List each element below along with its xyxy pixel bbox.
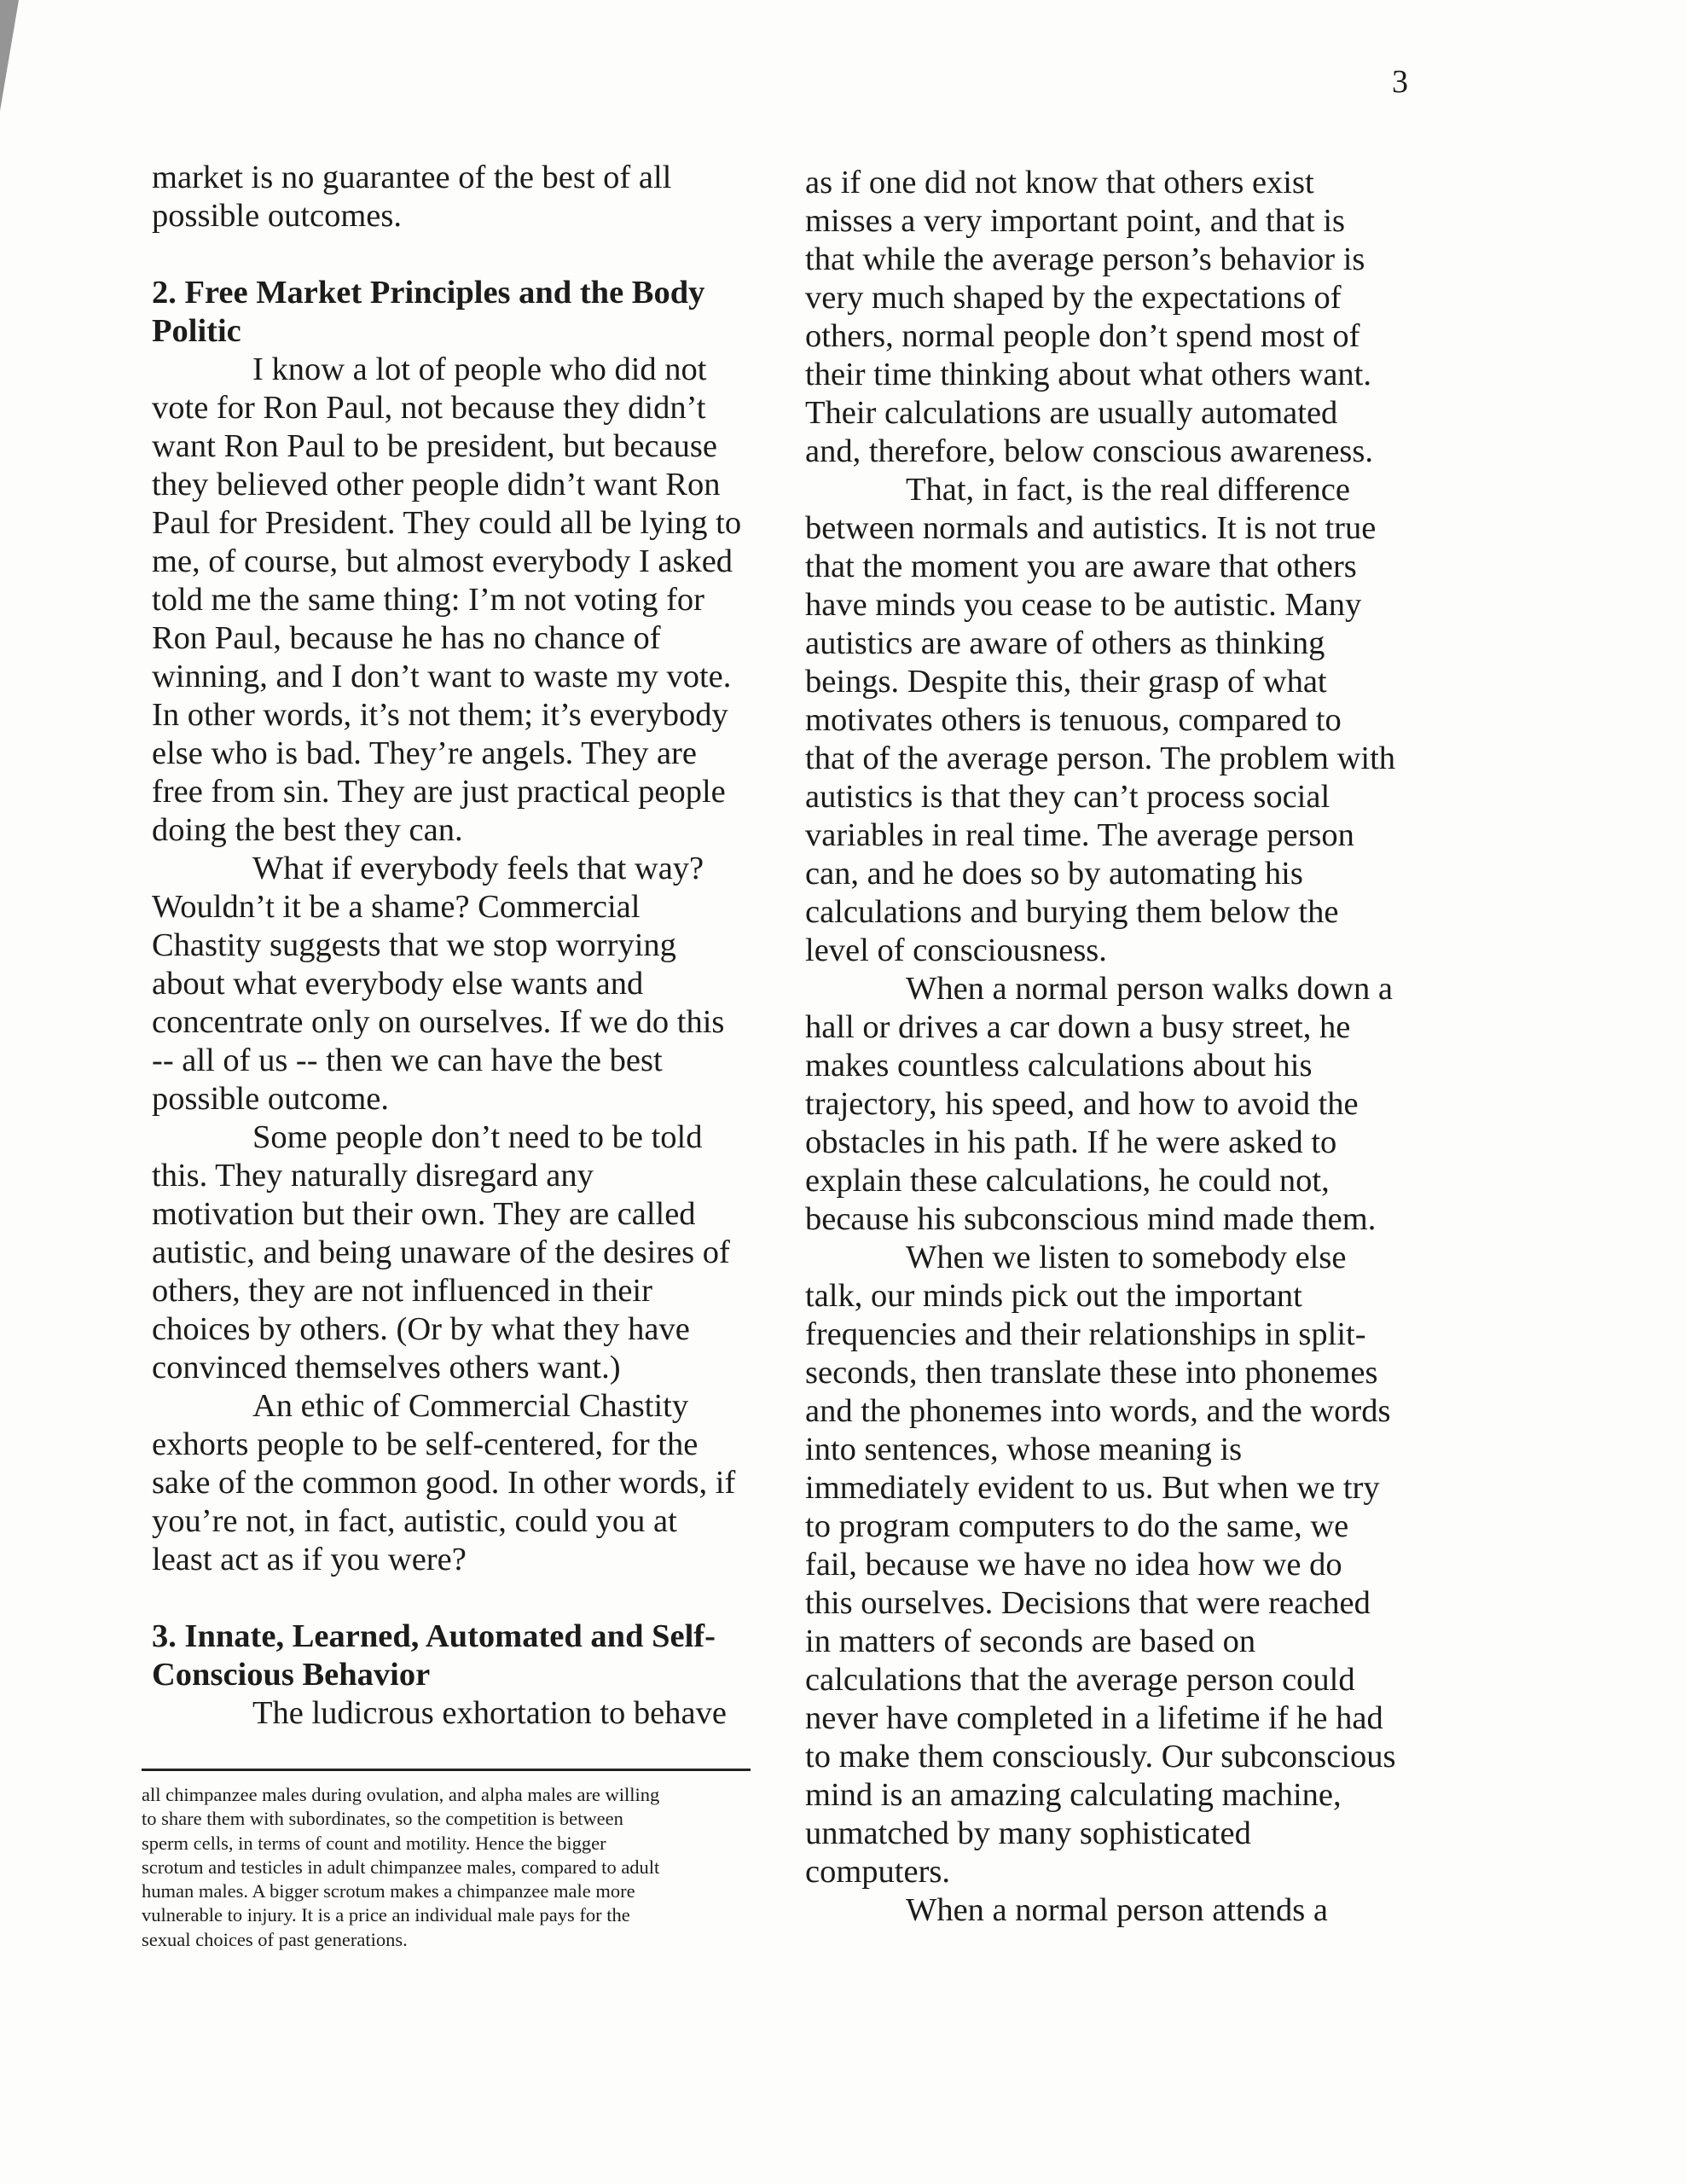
text-line: they believed other people didn’t want R… [152, 466, 766, 504]
text-line: to program computers to do the same, we [805, 1507, 1419, 1546]
text-line: fail, because we have no idea how we do [805, 1546, 1419, 1584]
text-line: autistics is that they can’t process soc… [805, 778, 1419, 816]
text-line: unmatched by many sophisticated [805, 1815, 1419, 1853]
section-heading-line: Conscious Behavior [152, 1656, 766, 1694]
text-line: obstacles in his path. If he were asked … [805, 1124, 1419, 1162]
text-line: want Ron Paul to be president, but becau… [152, 427, 766, 466]
text-line: trajectory, his speed, and how to avoid … [805, 1085, 1419, 1124]
text-line: else who is bad. They’re angels. They ar… [152, 735, 766, 773]
text-line: -- all of us -- then we can have the bes… [152, 1042, 766, 1080]
text-line: their time thinking about what others wa… [805, 356, 1419, 394]
text-line: frequencies and their relationships in s… [805, 1316, 1419, 1354]
text-line: mind is an amazing calculating machine, [805, 1776, 1419, 1815]
text-line: makes countless calculations about his [805, 1047, 1419, 1085]
text-line: When we listen to somebody else [805, 1239, 1419, 1277]
footnote-line: human males. A bigger scrotum makes a ch… [142, 1879, 756, 1903]
text-line: What if everybody feels that way? [152, 850, 766, 888]
text-line: that while the average person’s behavior… [805, 241, 1419, 279]
text-line: winning, and I don’t want to waste my vo… [152, 658, 766, 696]
text-line: talk, our minds pick out the important [805, 1277, 1419, 1316]
text-line: market is no guarantee of the best of al… [152, 159, 766, 197]
text-line: When a normal person walks down a [805, 970, 1419, 1008]
text-line: Paul for President. They could all be ly… [152, 504, 766, 543]
paragraph-gap [152, 1579, 766, 1618]
text-line: autistics are aware of others as thinkin… [805, 624, 1419, 663]
text-line: sake of the common good. In other words,… [152, 1464, 766, 1502]
text-line: least act as if you were? [152, 1541, 766, 1579]
text-line: I know a lot of people who did not [152, 351, 766, 389]
text-line: immediately evident to us. But when we t… [805, 1469, 1419, 1507]
text-line: into sentences, whose meaning is [805, 1431, 1419, 1469]
paragraph-gap [152, 235, 766, 274]
footnote-line: to share them with subordinates, so the … [142, 1807, 756, 1831]
text-line: When a normal person attends a [805, 1891, 1419, 1930]
text-line: That, in fact, is the real difference [805, 471, 1419, 509]
text-line: have minds you cease to be autistic. Man… [805, 586, 1419, 624]
text-line: doing the best they can. [152, 811, 766, 850]
text-line: others, normal people don’t spend most o… [805, 317, 1419, 356]
text-line: motivates others is tenuous, compared to [805, 701, 1419, 740]
text-line: to make them consciously. Our subconscio… [805, 1738, 1419, 1776]
text-line: this. They naturally disregard any [152, 1157, 766, 1195]
text-line: choices by others. (Or by what they have [152, 1310, 766, 1349]
text-line: hall or drives a car down a busy street,… [805, 1008, 1419, 1047]
text-line: that the moment you are aware that other… [805, 548, 1419, 586]
text-line: this ourselves. Decisions that were reac… [805, 1584, 1419, 1623]
text-line: misses a very important point, and that … [805, 202, 1419, 241]
footnote-line: vulnerable to injury. It is a price an i… [142, 1903, 756, 1927]
text-line: and, therefore, below conscious awarenes… [805, 433, 1419, 471]
text-line: calculations and burying them below the [805, 893, 1419, 932]
text-line: free from sin. They are just practical p… [152, 773, 766, 811]
text-line: between normals and autistics. It is not… [805, 509, 1419, 548]
page-number: 3 [1392, 63, 1408, 101]
text-line: possible outcome. [152, 1080, 766, 1118]
right-column: as if one did not know that others exist… [805, 164, 1419, 1930]
text-line: possible outcomes. [152, 197, 766, 235]
text-line: concentrate only on ourselves. If we do … [152, 1003, 766, 1042]
footnote-line: scrotum and testicles in adult chimpanze… [142, 1856, 756, 1879]
text-line: variables in real time. The average pers… [805, 816, 1419, 855]
text-line: Ron Paul, because he has no chance of [152, 619, 766, 658]
text-line: as if one did not know that others exist [805, 164, 1419, 202]
text-line: computers. [805, 1853, 1419, 1891]
text-line: can, and he does so by automating his [805, 855, 1419, 893]
text-line: In other words, it’s not them; it’s ever… [152, 696, 766, 735]
text-line: motivation but their own. They are calle… [152, 1195, 766, 1234]
text-line: others, they are not influenced in their [152, 1272, 766, 1310]
text-line: level of consciousness. [805, 932, 1419, 970]
scan-corner-shadow [0, 0, 19, 111]
section-heading-line: 2. Free Market Principles and the Body [152, 274, 766, 312]
text-line: in matters of seconds are based on [805, 1623, 1419, 1661]
text-line: because his subconscious mind made them. [805, 1200, 1419, 1239]
text-line: you’re not, in fact, autistic, could you… [152, 1502, 766, 1541]
text-line: beings. Despite this, their grasp of wha… [805, 663, 1419, 701]
text-line: very much shaped by the expectations of [805, 279, 1419, 317]
text-line: seconds, then translate these into phone… [805, 1354, 1419, 1392]
text-line: about what everybody else wants and [152, 965, 766, 1003]
footnote-line: sexual choices of past generations. [142, 1928, 756, 1952]
footnote-line: sperm cells, in terms of count and motil… [142, 1832, 756, 1856]
text-line: and the phonemes into words, and the wor… [805, 1392, 1419, 1431]
footnote-line: all chimpanzee males during ovulation, a… [142, 1783, 756, 1807]
footnote: all chimpanzee males during ovulation, a… [142, 1783, 756, 1952]
text-line: autistic, and being unaware of the desir… [152, 1234, 766, 1272]
text-line: never have completed in a lifetime if he… [805, 1699, 1419, 1738]
text-line: vote for Ron Paul, not because they didn… [152, 389, 766, 427]
text-line: that of the average person. The problem … [805, 740, 1419, 778]
text-line: exhorts people to be self-centered, for … [152, 1426, 766, 1464]
section-heading-line: 3. Innate, Learned, Automated and Self- [152, 1618, 766, 1656]
text-line: Some people don’t need to be told [152, 1118, 766, 1157]
section-heading-line: Politic [152, 312, 766, 351]
left-column: market is no guarantee of the best of al… [152, 159, 766, 1733]
text-line: calculations that the average person cou… [805, 1661, 1419, 1699]
text-line: me, of course, but almost everybody I as… [152, 543, 766, 581]
text-line: told me the same thing: I’m not voting f… [152, 581, 766, 619]
footnote-separator [142, 1769, 751, 1771]
text-line: Their calculations are usually automated [805, 394, 1419, 433]
text-line: explain these calculations, he could not… [805, 1162, 1419, 1200]
text-line: Wouldn’t it be a shame? Commercial [152, 888, 766, 926]
text-line: Chastity suggests that we stop worrying [152, 926, 766, 965]
text-line: convinced themselves others want.) [152, 1349, 766, 1387]
text-line: An ethic of Commercial Chastity [152, 1387, 766, 1426]
text-line: The ludicrous exhortation to behave [152, 1694, 766, 1733]
